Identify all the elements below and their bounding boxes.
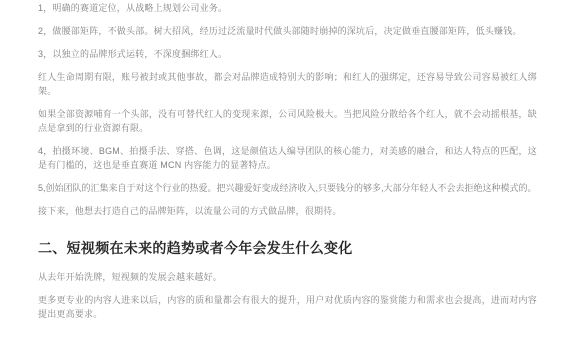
paragraph: 5,创始团队的汇集来自于对这个行业的热爱。把兴趣爱好变成经济收入,只要钱分的够多… (38, 181, 537, 195)
paragraph: 3，以独立的品牌形式运转，不深度捆绑红人。 (38, 47, 537, 61)
paragraph: 红人生命周期有限，账号被封或其他事故，都会对品牌造成特别大的影响；和红人的强绑定… (38, 70, 537, 98)
section-heading: 二、短视频在未来的趋势或者今年会发生什么变化 (38, 239, 537, 257)
paragraph: 如果全部资源哺育一个头部，没有可替代红人的变现来源，公司风险极大。当把风险分散给… (38, 107, 537, 135)
paragraph: 更多更专业的内容人进来以后，内容的质和量都会有很大的提升，用户对优质内容的鉴赏能… (38, 293, 537, 321)
paragraph: 接下来，他想去打造自己的品牌矩阵，以流量公司的方式做品牌，很期待。 (38, 204, 537, 218)
paragraph: 4，拍摄环境、BGM、拍摄手法、穿搭、色调，这是颜值达人编导团队的核心能力，对美… (38, 144, 537, 172)
paragraph: 2，做腰部矩阵，不做头部。树大招风，经历过泛流量时代做头部随时崩掉的深坑后，决定… (38, 24, 537, 38)
paragraph: 1，明确的赛道定位，从战略上规划公司业务。 (38, 1, 537, 15)
article-page: 1，明确的赛道定位，从战略上规划公司业务。 2，做腰部矩阵，不做头部。树大招风，… (0, 0, 570, 360)
paragraph: 从去年开始洗牌，短视频的发展会越来越好。 (38, 270, 537, 284)
